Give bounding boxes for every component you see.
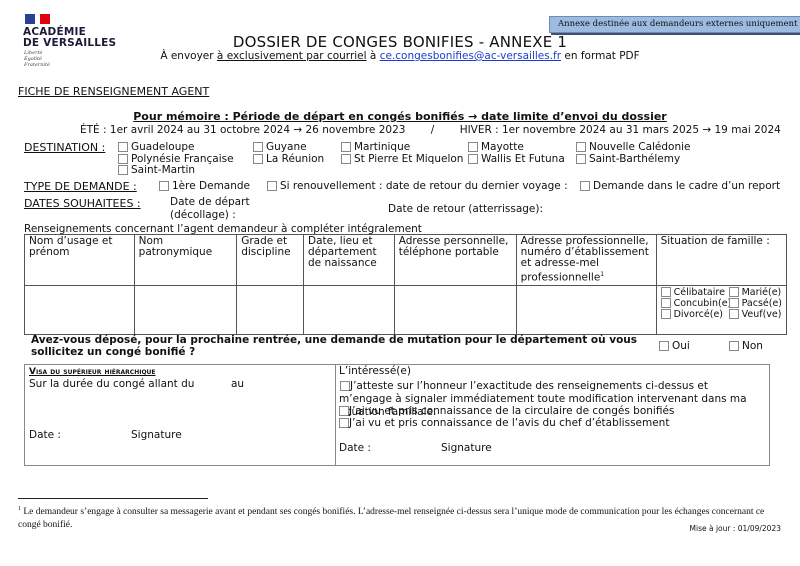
visa-date-label: Date :	[29, 429, 61, 442]
return-date-field[interactable]: Date de retour (atterrissage):	[388, 203, 543, 215]
checkbox[interactable]	[118, 154, 128, 164]
destination-nouvelle-caledonie[interactable]: Nouvelle Calédonie	[576, 141, 691, 153]
checkbox[interactable]	[339, 418, 349, 428]
subtitle-middle: à	[367, 50, 380, 62]
option-label: Non	[742, 340, 763, 352]
destination-saint-barthelemy[interactable]: Saint-Barthélemy	[576, 153, 680, 165]
footnote-ref: 1	[600, 271, 604, 278]
memo-title-text: Pour mémoire : Période de départ en cong…	[133, 110, 666, 123]
checkbox[interactable]	[580, 181, 590, 191]
checkbox[interactable]	[253, 154, 263, 164]
checkbox[interactable]	[159, 181, 169, 191]
family-concubin[interactable]: Concubin(e)	[661, 298, 729, 309]
destination-st-pierre[interactable]: St Pierre Et Miquelon	[341, 153, 463, 165]
applicant-title: L’intéressé(e)	[339, 365, 411, 378]
memo-periods: ÉTÉ : 1er avril 2024 au 31 octobre 2024 …	[80, 124, 781, 136]
request-first[interactable]: 1ère Demande	[159, 180, 250, 192]
cell-name[interactable]	[25, 285, 135, 334]
option-label: Guadeloupe	[131, 141, 194, 153]
mutation-no[interactable]: Non	[729, 340, 763, 352]
option-label: Marié(e)	[742, 287, 782, 298]
annex-badge: Annexe destinée aux demandeurs externes …	[549, 16, 800, 33]
request-renewal[interactable]: Si renouvellement : date de retour du de…	[267, 180, 568, 192]
visa-title: Visa du supérieur hiérarchique	[29, 367, 156, 377]
checkbox[interactable]	[340, 381, 350, 391]
mutation-question: Avez-vous déposé, pour la prochaine rent…	[31, 334, 641, 358]
attest-chief-opinion[interactable]: J’ai vu et pris connaissance de l’avis d…	[339, 417, 669, 430]
checkbox[interactable]	[576, 154, 586, 164]
checkbox[interactable]	[267, 181, 277, 191]
checkbox[interactable]	[468, 142, 478, 152]
checkbox[interactable]	[339, 406, 349, 416]
period-separator: /	[431, 124, 435, 136]
signature-box: Visa du supérieur hiérarchique Sur la du…	[24, 364, 770, 466]
checkbox[interactable]	[729, 298, 739, 308]
departure-date-field[interactable]: Date de départ (décollage) :	[170, 196, 250, 222]
attest-2-text: J’ai vu et pris connaissance de la circu…	[349, 405, 674, 417]
option-label: Nouvelle Calédonie	[589, 141, 691, 153]
applicant-signature-label: Signature	[441, 442, 492, 455]
option-label: Pacsé(e)	[742, 298, 782, 309]
applicant-date-label: Date :	[339, 442, 371, 455]
departure-label-1: Date de départ	[170, 196, 250, 209]
option-label: Célibataire	[674, 287, 725, 298]
signature-divider	[335, 365, 336, 465]
option-label: Divorcé(e)	[674, 309, 723, 320]
option-label: Si renouvellement : date de retour du de…	[280, 180, 568, 192]
return-label: Date de retour (atterrissage):	[388, 203, 543, 215]
destination-guadeloupe[interactable]: Guadeloupe	[118, 141, 194, 153]
checkbox[interactable]	[661, 298, 671, 308]
page-title: DOSSIER DE CONGES BONIFIES - ANNEXE 1	[0, 33, 800, 51]
option-label: Saint-Martin	[131, 164, 195, 176]
checkbox[interactable]	[661, 309, 671, 319]
republic-flag-icon	[25, 14, 50, 24]
destination-la-reunion[interactable]: La Réunion	[253, 153, 324, 165]
summer-period: ÉTÉ : 1er avril 2024 au 31 octobre 2024 …	[80, 124, 405, 136]
header-name: Nom d’usage et prénom	[25, 235, 135, 286]
cell-professional-address[interactable]	[516, 285, 656, 334]
winter-period: HIVER : 1er novembre 2024 au 31 mars 202…	[460, 124, 781, 136]
family-veuf[interactable]: Veuf(ve)	[729, 309, 782, 320]
header-birth: Date, lieu et département de naissance	[304, 235, 395, 286]
header-professional-address: Adresse professionnelle, numéro d’établi…	[516, 235, 656, 286]
request-type-label: TYPE DE DEMANDE :	[24, 180, 137, 193]
option-label: Guyane	[266, 141, 307, 153]
checkbox[interactable]	[341, 142, 351, 152]
option-label: Oui	[672, 340, 690, 352]
subtitle-prefix: À envoyer	[160, 50, 217, 62]
family-pacse[interactable]: Pacsé(e)	[729, 298, 782, 309]
cell-personal-address[interactable]	[394, 285, 516, 334]
mutation-yes[interactable]: Oui	[659, 340, 690, 352]
destination-label: DESTINATION :	[24, 141, 105, 154]
checkbox[interactable]	[661, 287, 671, 297]
memo-title: Pour mémoire : Période de départ en cong…	[0, 110, 800, 123]
destination-mayotte[interactable]: Mayotte	[468, 141, 524, 153]
header-pro-text: Adresse professionnelle, numéro d’établi…	[521, 235, 649, 284]
motto-fraternite: Fraternité	[24, 62, 50, 68]
subtitle-suffix: en format PDF	[561, 50, 640, 62]
request-report[interactable]: Demande dans le cadre d’un report	[580, 180, 780, 192]
cell-grade[interactable]	[237, 285, 304, 334]
family-celibataire[interactable]: Célibataire	[661, 287, 729, 298]
departure-label-2: (décollage) :	[170, 209, 250, 222]
destination-saint-martin[interactable]: Saint-Martin	[118, 164, 195, 176]
last-updated: Mise à jour : 01/09/2023	[600, 524, 781, 533]
checkbox[interactable]	[729, 287, 739, 297]
destination-wallis[interactable]: Wallis Et Futuna	[468, 153, 565, 165]
destination-guyane[interactable]: Guyane	[253, 141, 307, 153]
cell-birth[interactable]	[304, 285, 395, 334]
dates-label: DATES SOUHAITEES :	[24, 197, 141, 210]
header-personal-address: Adresse personnelle, téléphone portable	[394, 235, 516, 286]
option-label: Martinique	[354, 141, 410, 153]
agent-info-table: Nom d’usage et prénom Nom patronymique G…	[24, 234, 787, 335]
checkbox[interactable]	[729, 341, 739, 351]
subtitle-emphasis: à exclusivement par courriel	[217, 50, 367, 62]
visa-signature-label: Signature	[131, 429, 182, 442]
checkbox[interactable]	[118, 142, 128, 152]
option-label: Concubin(e)	[674, 298, 732, 309]
destination-martinique[interactable]: Martinique	[341, 141, 410, 153]
option-label: Veuf(ve)	[742, 309, 782, 320]
option-label: Wallis Et Futuna	[481, 153, 565, 165]
option-label: 1ère Demande	[172, 180, 250, 192]
header-family: Situation de famille :	[656, 235, 786, 286]
attest-3-text: J’ai vu et pris connaissance de l’avis d…	[349, 417, 669, 429]
checkbox[interactable]	[468, 154, 478, 164]
checkbox[interactable]	[659, 341, 669, 351]
option-label: Mayotte	[481, 141, 524, 153]
section-title: FICHE DE RENSEIGNEMENT AGENT	[18, 85, 209, 98]
option-label: Demande dans le cadre d’un report	[593, 180, 780, 192]
visa-duration-label: Sur la durée du congé allant du	[29, 378, 194, 391]
family-divorce[interactable]: Divorcé(e)	[661, 309, 729, 320]
option-label: St Pierre Et Miquelon	[354, 153, 463, 165]
header-birth-name: Nom patronymique	[134, 235, 237, 286]
footnote-separator	[18, 498, 208, 499]
family-marie[interactable]: Marié(e)	[729, 287, 782, 298]
checkbox[interactable]	[341, 154, 351, 164]
checkbox[interactable]	[729, 309, 739, 319]
visa-to-label: au	[231, 378, 244, 391]
header-grade: Grade et discipline	[237, 235, 304, 286]
family-status-options: CélibataireMarié(e) Concubin(e)Pacsé(e) …	[656, 285, 786, 334]
email-link[interactable]: ce.congesbonifies@ac-versailles.fr	[380, 50, 561, 62]
checkbox[interactable]	[253, 142, 263, 152]
checkbox[interactable]	[576, 142, 586, 152]
cell-birth-name[interactable]	[134, 285, 237, 334]
send-instructions: À envoyer à exclusivement par courriel à…	[0, 50, 800, 62]
checkbox[interactable]	[118, 165, 128, 175]
option-label: Saint-Barthélemy	[589, 153, 680, 165]
option-label: La Réunion	[266, 153, 324, 165]
